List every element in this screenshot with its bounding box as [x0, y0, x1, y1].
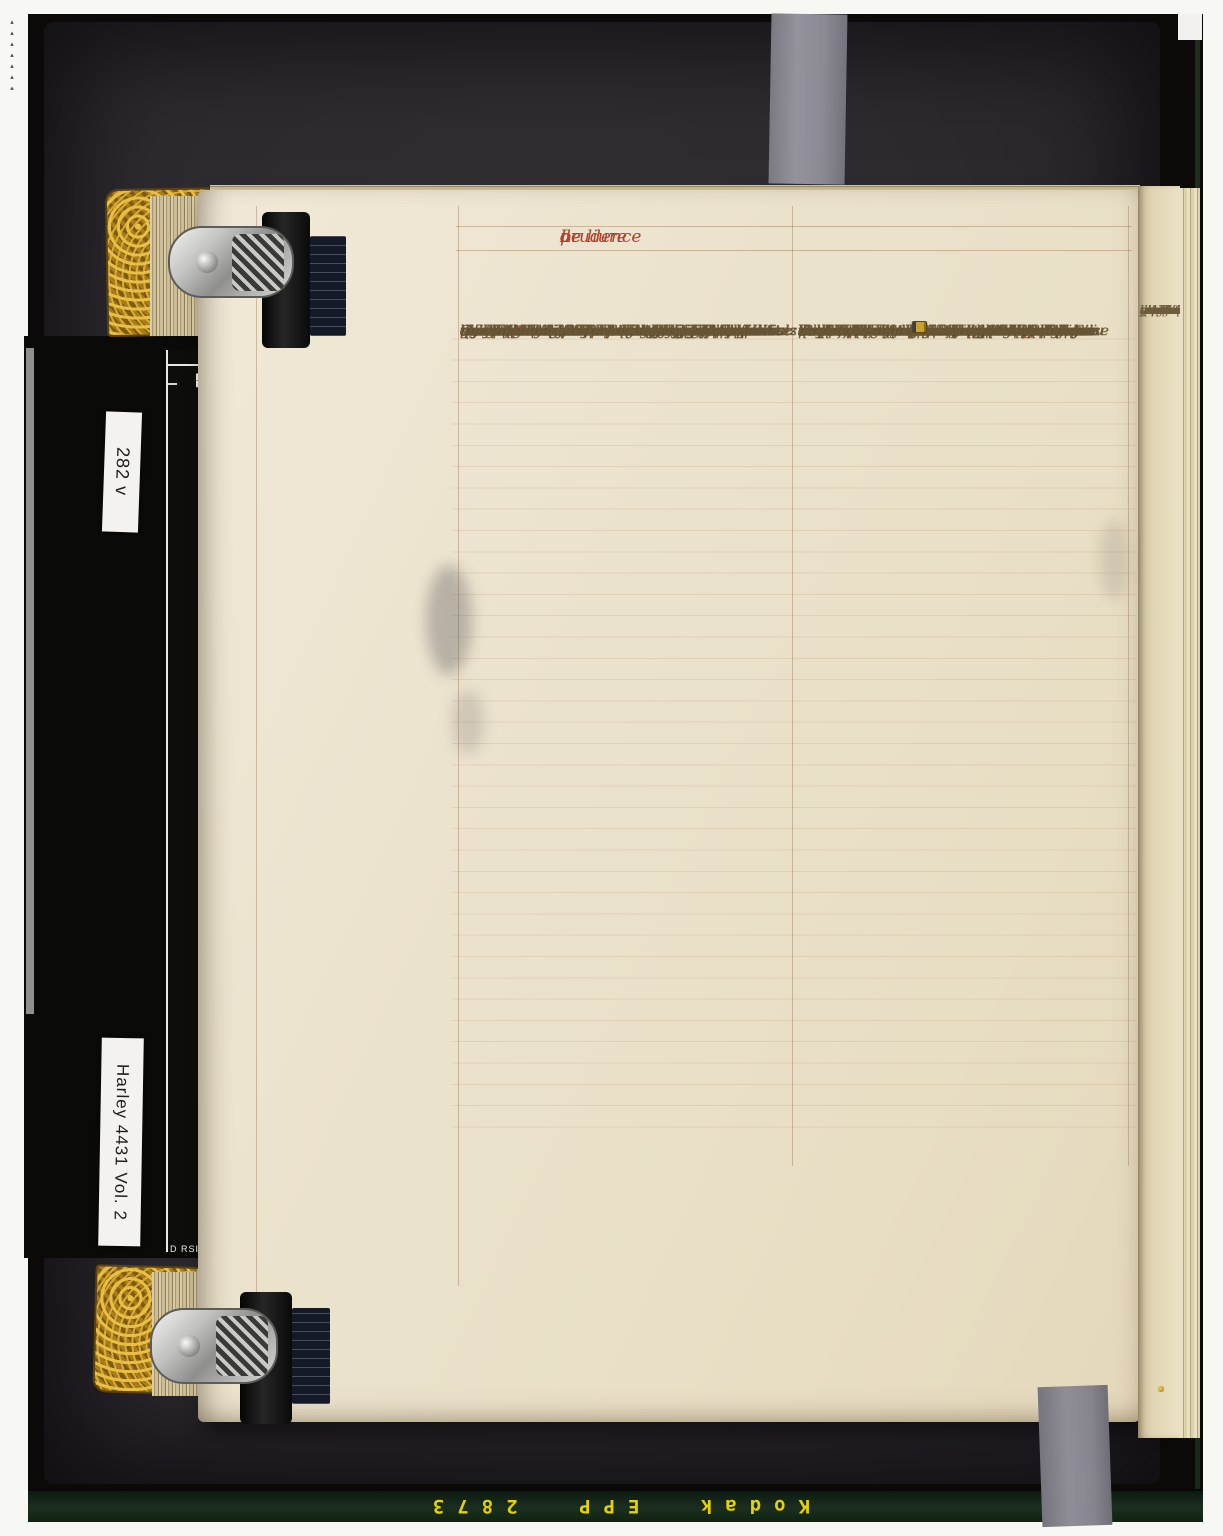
- manuscript-photograph: ▴▴▴▴▴▴▴ Kodak EPP 2873 12345678910111213…: [0, 0, 1223, 1536]
- clip-rivet: [196, 251, 218, 273]
- next-page-text-fragment: ult mi: [1138, 298, 1175, 324]
- header-word-right: prudence: [560, 227, 641, 247]
- ruler-footer-text: D RSI: [170, 1244, 199, 1254]
- gold-dot: [1158, 1386, 1164, 1392]
- grayscale-wedge: [144, 356, 166, 1014]
- facing-page-edge: tes paroles de parhastis apres mota ge d…: [1138, 186, 1180, 1438]
- text-column-1: que le prince en feist edit et loy Et qu…: [460, 321, 798, 1135]
- film-stock-text: Kodak EPP 2873: [330, 1492, 810, 1519]
- mini-scale-bottom: [292, 1308, 330, 1404]
- holding-strap-bottom: [1038, 1385, 1113, 1527]
- shelfmark-label: Harley 4431 Vol. 2: [98, 1038, 144, 1247]
- color-chart-side-strip: [26, 348, 34, 1014]
- rubric-header: Le liure de prudence: [560, 227, 970, 251]
- clip-rivet: [178, 1335, 200, 1357]
- film-edge-marks: ▴▴▴▴▴▴▴: [7, 18, 15, 95]
- binding-gold-dots: [1158, 1386, 1178, 1430]
- gold-paraph: [912, 321, 927, 333]
- clip-stripes: [216, 1316, 268, 1376]
- holding-strap-top: [769, 13, 848, 184]
- mini-scale-top: [310, 236, 346, 336]
- metal-clip-bottom: [150, 1308, 278, 1384]
- metal-clip-top: [168, 226, 294, 298]
- ruling-line-vertical: [256, 206, 257, 1296]
- folio-number-label: 282 v: [102, 411, 142, 532]
- text-column-2: i'en disoie la verite et que cellui le t…: [798, 321, 1136, 1135]
- manuscript-text-line: ne que deuant mais puis que il: [798, 321, 1025, 342]
- clip-stripes: [232, 234, 284, 291]
- right-leaf-edges: [1180, 188, 1200, 1438]
- manuscript-text-line: che bien n'est ce pas moins mal que se: [460, 321, 748, 342]
- film-notch: [1178, 14, 1202, 40]
